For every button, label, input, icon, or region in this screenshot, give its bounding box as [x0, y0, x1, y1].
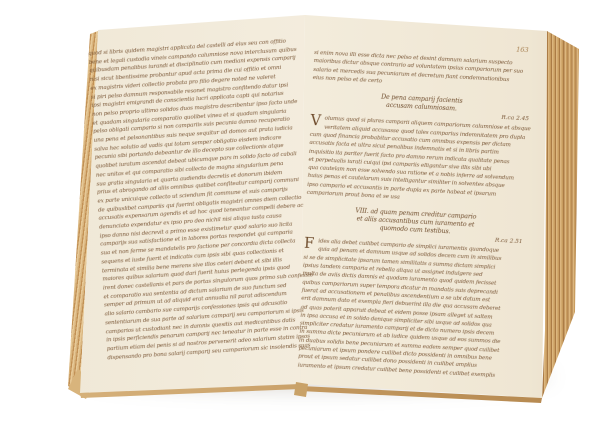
book-photograph: quod si libris quidem magistri applicata…: [0, 0, 600, 429]
section-2-paragraph: F ides alia debet cuilibet campario de s…: [298, 237, 525, 381]
drop-cap-initial: F: [304, 237, 315, 252]
intro-paragraph: si enim nova illi esse dicta nec pelso e…: [313, 49, 534, 94]
section-1-paragraph: V olumus quod si plures camparii aliquem…: [307, 114, 531, 208]
section-2-heading: VIII. ad quam penam creditur camparioet …: [305, 205, 526, 239]
right-page-text: 163 si enim nova illi esse dicta nec pel…: [298, 36, 535, 381]
left-page-text: quod si libris quidem magistri applicata…: [88, 37, 319, 363]
rubric-reference: R.ca 2.45: [501, 115, 529, 122]
drop-cap-initial: V: [310, 114, 321, 129]
rubric-reference: R.ca 2.51: [495, 238, 523, 245]
section-1-heading: De pena camparij facientisaccusam calumn…: [311, 90, 531, 117]
folio-number: 163: [516, 46, 529, 55]
